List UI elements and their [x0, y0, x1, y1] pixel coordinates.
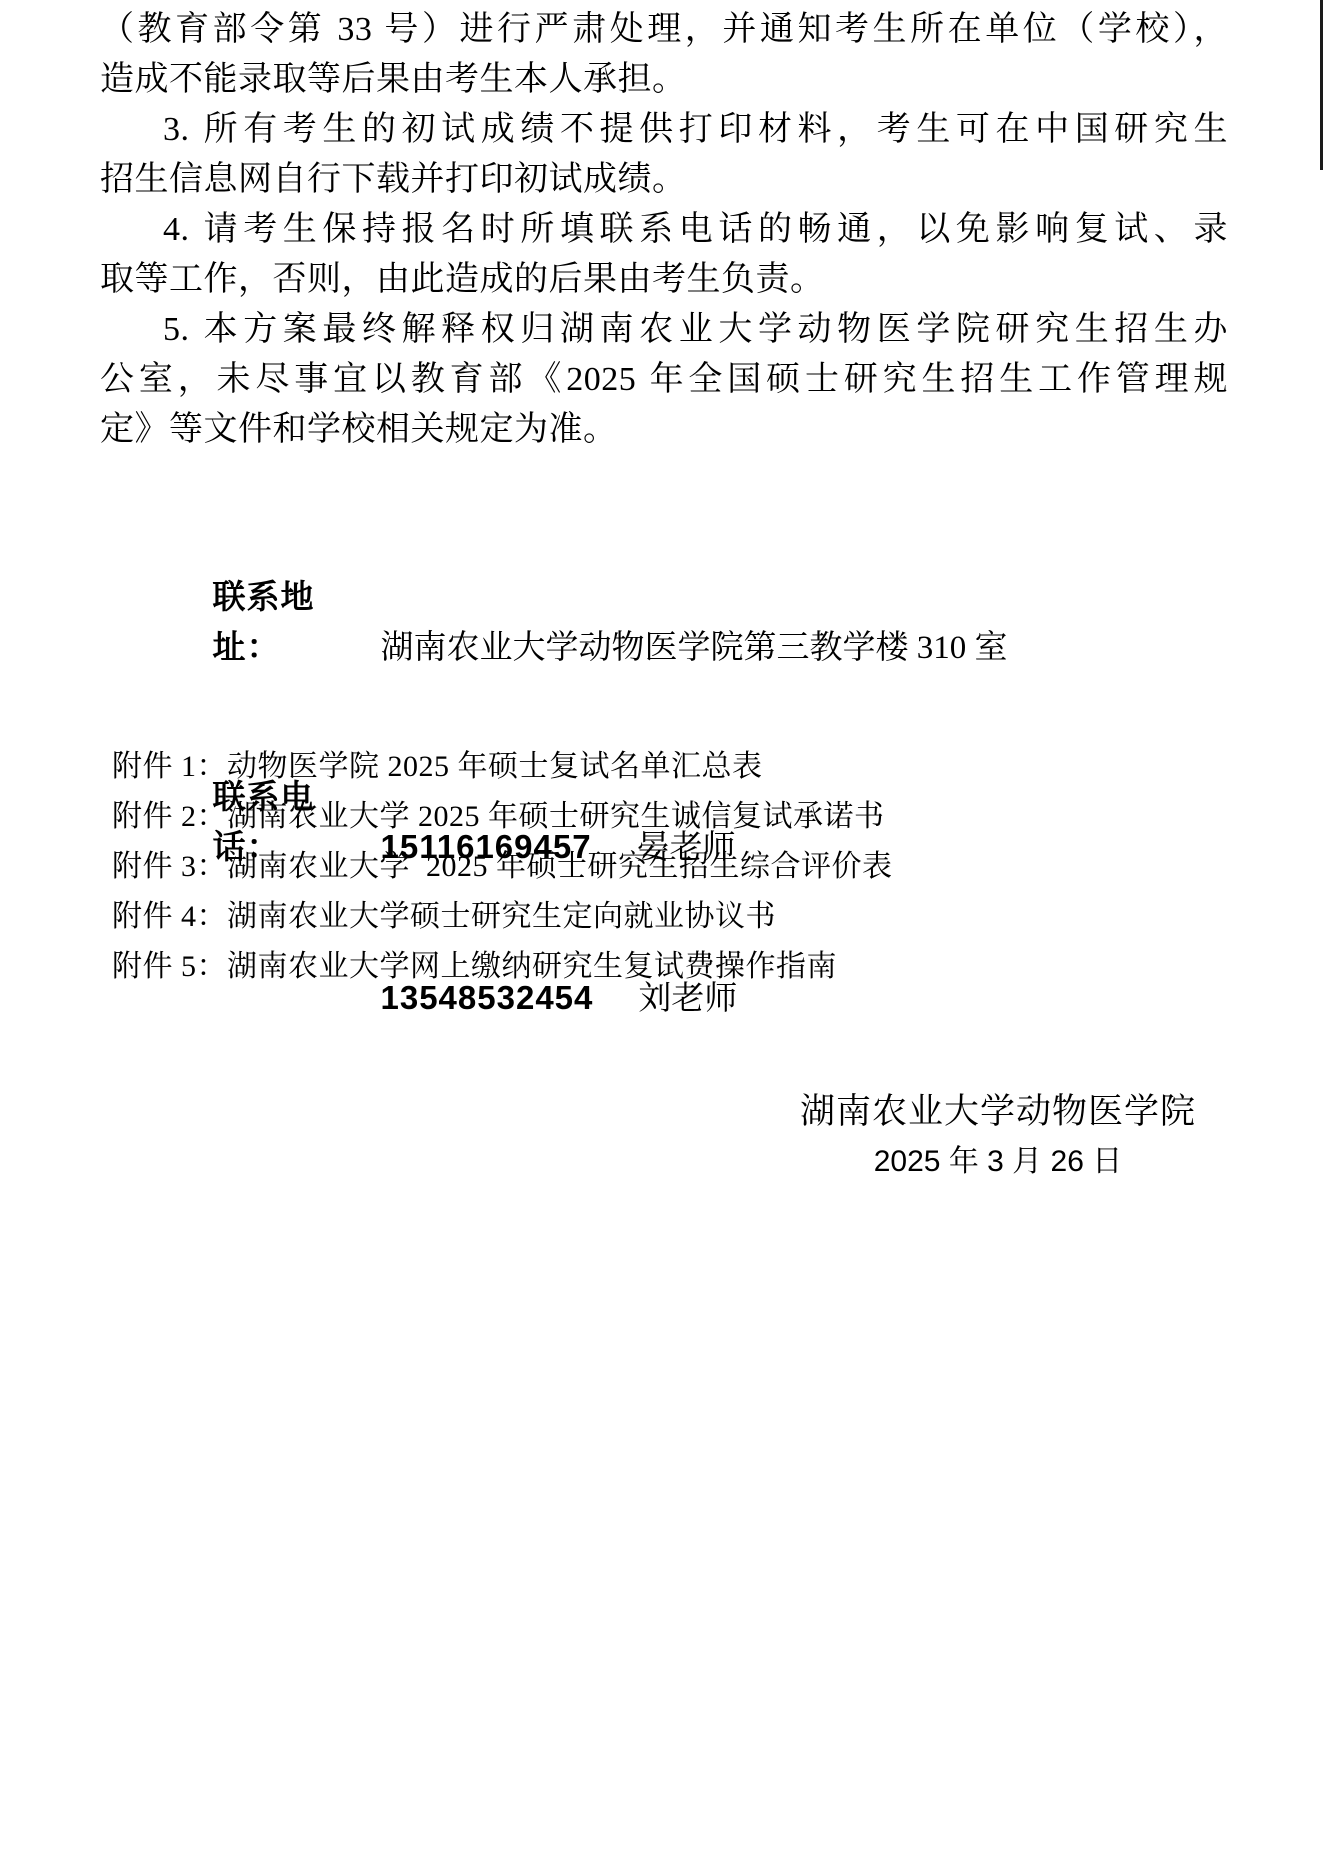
body-text: （教育部令第 33 号）进行严肃处理，并通知考生所在单位（学校）， 造成不能录取… — [100, 5, 1228, 455]
body-line: 公室，未尽事宜以教育部《2025 年全国硕士研究生招生工作管理规 — [100, 355, 1228, 405]
attachment-item: 附件 3：湖南农业大学 2025 年硕士研究生招生综合评价表 — [112, 842, 1222, 892]
body-line: 定》等文件和学校相关规定为准。 — [100, 405, 1228, 455]
body-line: 取等工作，否则，由此造成的后果由考生负责。 — [100, 255, 1228, 305]
body-line: 招生信息网自行下载并打印初试成绩。 — [100, 155, 1228, 205]
body-line: （教育部令第 33 号）进行严肃处理，并通知考生所在单位（学校）， — [100, 5, 1228, 55]
attachment-item: 附件 2：湖南农业大学 2025 年硕士研究生诚信复试承诺书 — [112, 792, 1222, 842]
body-line: 3. 所有考生的初试成绩不提供打印材料，考生可在中国研究生 — [100, 105, 1228, 155]
attachments-section: 附件 1：动物医学院 2025 年硕士复试名单汇总表 附件 2：湖南农业大学 2… — [112, 742, 1222, 992]
contact-address-label: 联系地址： — [213, 573, 381, 673]
document-page: （教育部令第 33 号）进行严肃处理，并通知考生所在单位（学校）， 造成不能录取… — [0, 0, 1323, 1871]
attachment-item: 附件 5：湖南农业大学网上缴纳研究生复试费操作指南 — [112, 942, 1222, 992]
signature-section: 湖南农业大学动物医学院 2025 年 3 月 26 日 — [800, 1087, 1196, 1187]
signature-date: 2025 年 3 月 26 日 — [800, 1137, 1196, 1187]
body-line: 5. 本方案最终解释权归湖南农业大学动物医学院研究生招生办 — [100, 305, 1228, 355]
body-line: 造成不能录取等后果由考生本人承担。 — [100, 55, 1228, 105]
signature-org: 湖南农业大学动物医学院 — [800, 1087, 1196, 1137]
contact-address-value: 湖南农业大学动物医学院第三教学楼 310 室 — [381, 630, 1008, 666]
attachment-item: 附件 1：动物医学院 2025 年硕士复试名单汇总表 — [112, 742, 1222, 792]
contact-address-row: 联系地址：湖南农业大学动物医学院第三教学楼 310 室 — [163, 523, 1223, 723]
attachment-item: 附件 4：湖南农业大学硕士研究生定向就业协议书 — [112, 892, 1222, 942]
body-line: 4. 请考生保持报名时所填联系电话的畅通，以免影响复试、录 — [100, 205, 1228, 255]
